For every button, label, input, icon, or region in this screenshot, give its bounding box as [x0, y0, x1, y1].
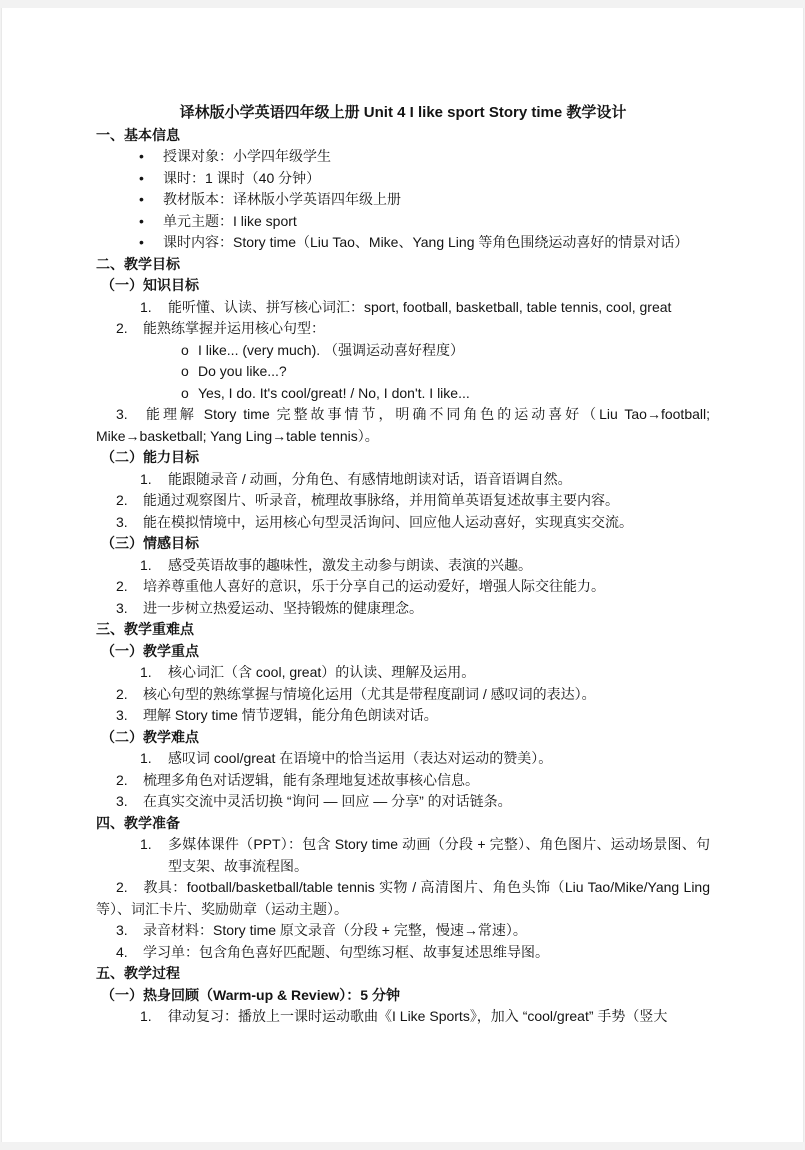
list-item-text: 教材版本：译林版小学英语四年级上册: [163, 191, 401, 207]
bullet-icon: •: [139, 211, 144, 233]
doc-title: 译林版小学英语四年级上册 Unit 4 I like sport Story t…: [96, 102, 710, 124]
list-item: 1.能跟随录音 / 动画，分角色、有感情地朗读对话，语音语调自然。: [96, 469, 710, 491]
list-item-text: 授课对象：小学四年级学生: [163, 148, 331, 164]
sub-item-text: I like... (very much). （强调运动喜好程度）: [198, 342, 464, 358]
list-item: •授课对象：小学四年级学生: [96, 146, 710, 168]
list-item-text: 感受英语故事的趣味性，激发主动参与朗读、表演的兴趣。: [168, 557, 532, 573]
list-item: 1.多媒体课件（PPT）：包含 Story time 动画（分段 + 完整）、角…: [96, 834, 710, 877]
circle-marker-icon: o: [181, 340, 189, 362]
list-item: 1.感叹词 cool/great 在语境中的恰当运用（表达对运动的赞美）。: [96, 748, 710, 770]
list-item: 4.学习单：包含角色喜好匹配题、句型练习框、故事复述思维导图。: [96, 942, 710, 964]
list-item-text: 能跟随录音 / 动画，分角色、有感情地朗读对话，语音语调自然。: [168, 471, 572, 487]
item-number: 3.: [116, 512, 143, 534]
list-item: 2.核心句型的熟练掌握与情境化运用（尤其是带程度副词 / 感叹词的表达）。: [96, 684, 710, 706]
subsection-difficulty-heading: （二）教学难点: [96, 727, 710, 749]
item-number: 4.: [116, 942, 143, 964]
list-item: 3.录音材料：Story time 原文录音（分段 + 完整，慢速→常速）。: [96, 920, 710, 942]
list-item-text: 学习单：包含角色喜好匹配题、句型练习框、故事复述思维导图。: [143, 944, 549, 960]
list-item: 1.感受英语故事的趣味性，激发主动参与朗读、表演的兴趣。: [96, 555, 710, 577]
list-item: 2.能熟练掌握并运用核心句型：: [96, 318, 710, 340]
item-number: 1.: [140, 834, 152, 856]
bullet-icon: •: [139, 189, 144, 211]
list-item-text: 录音材料：Story time 原文录音（分段 + 完整，慢速→常速）。: [143, 922, 527, 938]
item-number: 1.: [140, 748, 152, 770]
section-keypoints-heading: 三、教学重难点: [96, 619, 710, 641]
section-process-heading: 五、教学过程: [96, 963, 710, 985]
item-number: 1.: [140, 469, 152, 491]
list-item: 3.在真实交流中灵活切换 “询问 — 回应 — 分享” 的对话链条。: [96, 791, 710, 813]
item-number: 2.: [116, 576, 143, 598]
document-page: 译林版小学英语四年级上册 Unit 4 I like sport Story t…: [1, 8, 804, 1142]
list-item-text: 培养尊重他人喜好的意识，乐于分享自己的运动爱好，增强人际交往能力。: [143, 578, 605, 594]
item-number: 2.: [116, 318, 143, 340]
list-item-text: 能听懂、认读、拼写核心词汇：sport, football, basketbal…: [168, 299, 671, 315]
item-number: 2.: [116, 490, 143, 512]
item-number: 1.: [140, 555, 152, 577]
sub-list-item: oDo you like...?: [96, 361, 710, 383]
list-item: 1.能听懂、认读、拼写核心词汇：sport, football, basketb…: [96, 297, 710, 319]
list-item: 2.能通过观察图片、听录音，梳理故事脉络，并用简单英语复述故事主要内容。: [96, 490, 710, 512]
list-item-text: 能理解 Story time 完整故事情节，明确不同角色的运动喜好（Liu Ta…: [96, 406, 710, 444]
list-item: 1.核心词汇（含 cool, great）的认读、理解及运用。: [96, 662, 710, 684]
item-number: 2.: [116, 877, 143, 899]
bullet-icon: •: [139, 168, 144, 190]
list-item-text: 能在模拟情境中，运用核心句型灵活询问、回应他人运动喜好，实现真实交流。: [143, 514, 633, 530]
list-item-text: 课时内容：Story time（Liu Tao、Mike、Yang Ling 等…: [163, 234, 688, 250]
list-item: •教材版本：译林版小学英语四年级上册: [96, 189, 710, 211]
list-item: 3.能在模拟情境中，运用核心句型灵活询问、回应他人运动喜好，实现真实交流。: [96, 512, 710, 534]
list-item-text: 理解 Story time 情节逻辑，能分角色朗读对话。: [143, 707, 438, 723]
list-item: •单元主题：I like sport: [96, 211, 710, 233]
section-preparation-heading: 四、教学准备: [96, 813, 710, 835]
subsection-warmup-heading: （一）热身回顾（Warm-up & Review）：5 分钟: [96, 985, 710, 1007]
list-item: 2.培养尊重他人喜好的意识，乐于分享自己的运动爱好，增强人际交往能力。: [96, 576, 710, 598]
item-number: 3.: [116, 791, 143, 813]
circle-marker-icon: o: [181, 383, 189, 405]
list-item-text: 课时：1 课时（40 分钟）: [163, 170, 320, 186]
item-number: 2.: [116, 684, 143, 706]
list-item-text: 感叹词 cool/great 在语境中的恰当运用（表达对运动的赞美）。: [168, 750, 552, 766]
item-number: 1.: [140, 297, 152, 319]
list-item: 1.律动复习：播放上一课时运动歌曲《I Like Sports》，加入 “coo…: [96, 1006, 710, 1028]
item-number: 2.: [116, 770, 143, 792]
item-number: 3.: [116, 404, 143, 426]
list-item: 3.理解 Story time 情节逻辑，能分角色朗读对话。: [96, 705, 710, 727]
bullet-icon: •: [139, 146, 144, 168]
sub-item-text: Do you like...?: [198, 363, 287, 379]
sub-item-text: Yes, I do. It's cool/great! / No, I don'…: [198, 385, 470, 401]
list-item-text: 能通过观察图片、听录音，梳理故事脉络，并用简单英语复述故事主要内容。: [143, 492, 619, 508]
list-item-text: 核心词汇（含 cool, great）的认读、理解及运用。: [168, 664, 475, 680]
list-item: 2.梳理多角色对话逻辑，能有条理地复述故事核心信息。: [96, 770, 710, 792]
subsection-emotion-heading: （三）情感目标: [96, 533, 710, 555]
item-number: 3.: [116, 920, 143, 942]
bullet-icon: •: [139, 232, 144, 254]
sub-list-item: oYes, I do. It's cool/great! / No, I don…: [96, 383, 710, 405]
circle-marker-icon: o: [181, 361, 189, 383]
list-item: •课时内容：Story time（Liu Tao、Mike、Yang Ling …: [96, 232, 710, 254]
item-number: 1.: [140, 1006, 152, 1028]
list-item-text: 单元主题：I like sport: [163, 213, 297, 229]
list-item-text: 能熟练掌握并运用核心句型：: [143, 320, 325, 336]
list-item-text: 多媒体课件（PPT）：包含 Story time 动画（分段 + 完整）、角色图…: [168, 836, 710, 874]
sub-list-item: oI like... (very much). （强调运动喜好程度）: [96, 340, 710, 362]
subsection-knowledge-heading: （一）知识目标: [96, 275, 710, 297]
list-item: 3.进一步树立热爱运动、坚持锻炼的健康理念。: [96, 598, 710, 620]
subsection-ability-heading: （二）能力目标: [96, 447, 710, 469]
subsection-focus-heading: （一）教学重点: [96, 641, 710, 663]
list-item-text: 在真实交流中灵活切换 “询问 — 回应 — 分享” 的对话链条。: [143, 793, 512, 809]
section-objectives-heading: 二、教学目标: [96, 254, 710, 276]
list-item-text: 律动复习：播放上一课时运动歌曲《I Like Sports》，加入 “cool/…: [168, 1008, 667, 1024]
section-basic-heading: 一、基本信息: [96, 125, 710, 147]
list-item: 2.教具：football/basketball/table tennis 实物…: [96, 877, 710, 920]
list-item-text: 教具：football/basketball/table tennis 实物 /…: [96, 879, 710, 917]
list-item: 3.能理解 Story time 完整故事情节，明确不同角色的运动喜好（Liu …: [96, 404, 710, 447]
list-item-text: 进一步树立热爱运动、坚持锻炼的健康理念。: [143, 600, 423, 616]
list-item-text: 核心句型的熟练掌握与情境化运用（尤其是带程度副词 / 感叹词的表达）。: [143, 686, 596, 702]
list-item-text: 梳理多角色对话逻辑，能有条理地复述故事核心信息。: [143, 772, 479, 788]
list-item: •课时：1 课时（40 分钟）: [96, 168, 710, 190]
item-number: 1.: [140, 662, 152, 684]
item-number: 3.: [116, 705, 143, 727]
item-number: 3.: [116, 598, 143, 620]
